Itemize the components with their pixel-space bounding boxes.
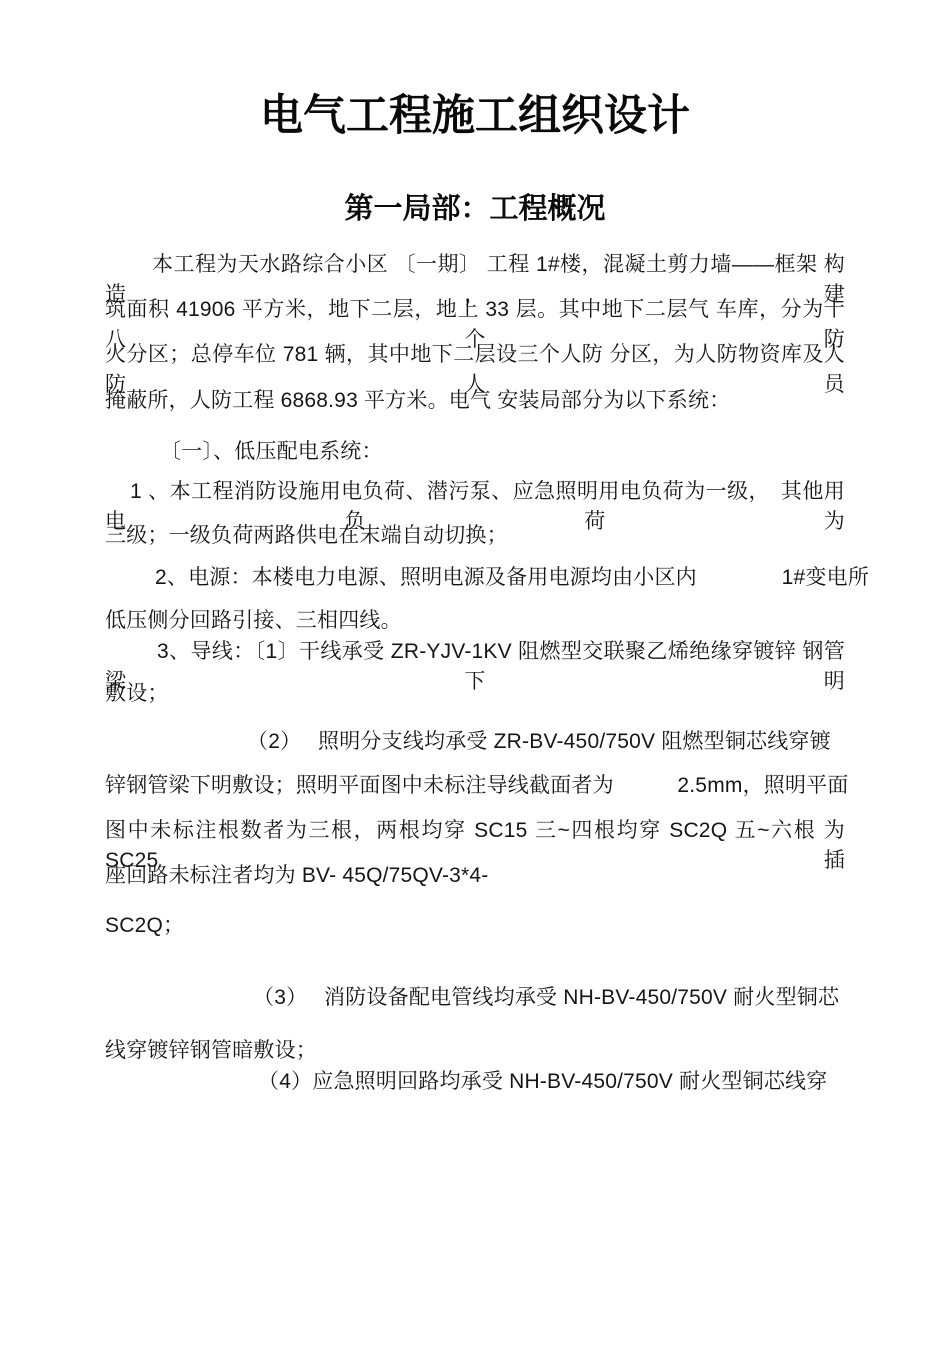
paragraph-line: （2） 照明分支线均承受 ZR-BV-450/750V 阻燃型铜芯线穿镀 xyxy=(247,727,831,757)
paragraph-line: 3、导线：〔1〕干线承受 ZR-YJV-1KV 阻燃型交联聚乙烯绝缘穿镀锌 钢管… xyxy=(105,637,845,697)
paragraph-line: 座回路未标注者均为 BV- 45Q/75QV-3*4- xyxy=(105,861,489,891)
paragraph-line: （3） 消防设备配电管线均承受 NH-BV-450/750V 耐火型铜芯 xyxy=(253,983,839,1013)
paragraph-line: 低压侧分回路引接、三相四线。 xyxy=(105,606,402,636)
document-title: 电气工程施工组织设计 xyxy=(0,90,950,142)
paragraph-line: 2、电源：本楼电力电源、照明电源及备用电源均由小区内 1#变电所 xyxy=(155,563,869,593)
paragraph-line: SC2Q； xyxy=(105,911,184,941)
paragraph-line: 锌钢管梁下明敷设；照明平面图中未标注导线截面者为 2.5mm，照明平面 xyxy=(105,771,849,801)
paragraph-line: 线穿镀锌钢管暗敷设； xyxy=(105,1036,317,1066)
paragraph-line: 三级；一级负荷两路供电在末端自动切换； xyxy=(105,521,508,551)
paragraph-line: 掩蔽所，人防工程 6868.93 平方米。电气 安装局部分为以下系统： xyxy=(105,386,730,416)
paragraph-line: 敷设； xyxy=(105,679,169,709)
section-heading: 第一局部：工程概况 xyxy=(0,190,950,228)
paragraph-line: （4）应急照明回路均承受 NH-BV-450/750V 耐火型铜芯线穿 xyxy=(258,1067,827,1097)
document-page: 电气工程施工组织设计 第一局部：工程概况 本工程为天水路综合小区 〔一期〕 工程… xyxy=(0,0,950,1346)
paragraph-line: 〔一〕、低压配电系统： xyxy=(160,437,383,467)
